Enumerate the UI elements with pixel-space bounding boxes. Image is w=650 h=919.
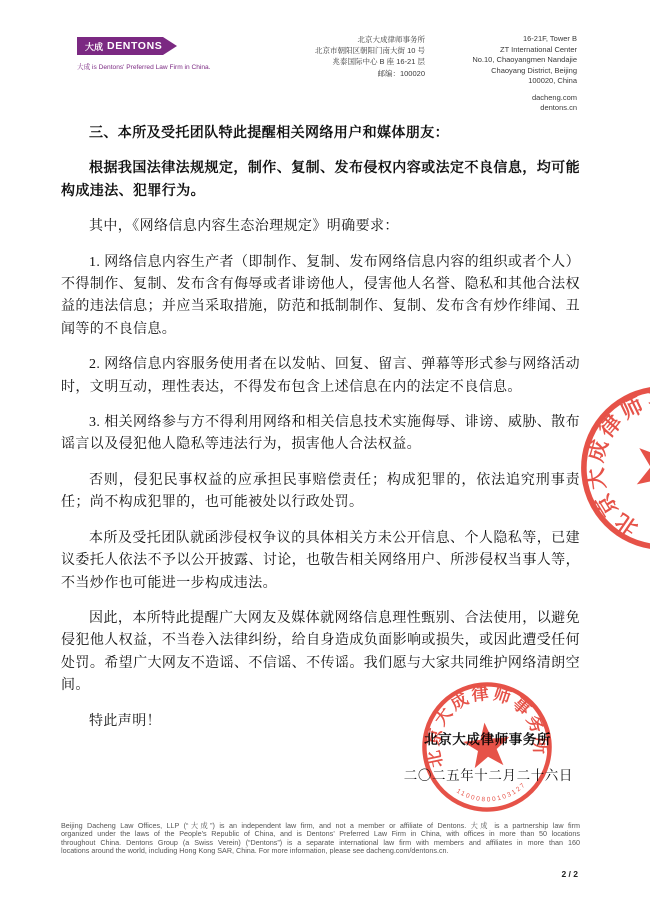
seal-star-icon bbox=[620, 426, 650, 507]
document-page: 大成 DENTONS 大成 is Dentons' Preferred Law … bbox=[0, 0, 650, 919]
logo-cn-text: 大成 bbox=[85, 40, 103, 53]
brand-tagline: 大成 is Dentons' Preferred Law Firm in Chi… bbox=[77, 61, 277, 71]
svg-text:11000800103127: 11000800103127 bbox=[454, 780, 529, 807]
paragraph: 其中，《网络信息内容生态治理规定》明确要求： bbox=[61, 216, 580, 238]
paragraph: 否则，侵犯民事权益的应承担民事赔偿责任；构成犯罪的，依法追究刑事责任；尚不构成犯… bbox=[61, 470, 580, 515]
seal-code-text: 11000800103127 bbox=[454, 780, 529, 807]
dentons-logo-box: 大成 DENTONS bbox=[77, 37, 177, 55]
numbered-item: 3. 相关网络参与方不得利用网络和相关信息技术实施侮辱、诽谤、威胁、散布谣言以及… bbox=[61, 412, 580, 457]
footer-line: locations around the world, including Ho… bbox=[61, 847, 580, 855]
signature-date: 二〇二五年十二月二十六日 bbox=[404, 764, 573, 784]
website-line: dentons.cn bbox=[532, 103, 577, 113]
address-line: 100020, China bbox=[472, 76, 577, 87]
address-line: 16-21F, Tower B bbox=[472, 34, 577, 45]
address-line: 北京市朝阳区朝阳门南大街 10 号 bbox=[315, 45, 425, 56]
paragraph: 根据我国法律法规规定，制作、复制、发布侵权内容或法定不良信息，均可能构成违法、犯… bbox=[61, 158, 580, 203]
section-heading: 三、本所及受托团队特此提醒相关网络用户和媒体朋友： bbox=[61, 123, 580, 145]
address-line: 北京大成律师事务所 bbox=[315, 34, 425, 45]
address-line: No.10, Chaoyangmen Nandajie bbox=[472, 55, 577, 66]
statement-body: 三、本所及受托团队特此提醒相关网络用户和媒体朋友： 根据我国法律法规规定，制作、… bbox=[61, 123, 580, 746]
signature-block: 北京大成律师事务所 二〇二五年十二月二十六日 bbox=[404, 728, 573, 784]
numbered-item: 2. 网络信息内容服务使用者在以发帖、回复、留言、弹幕等形式参与网络活动时，文明… bbox=[61, 354, 580, 399]
address-line: ZT International Center bbox=[472, 45, 577, 56]
address-chinese: 北京大成律师事务所 北京市朝阳区朝阳门南大街 10 号 兆泰国际中心 B 座 1… bbox=[315, 34, 425, 79]
paragraph: 因此，本所特此提醒广大网友及媒体就网络信息理性甄别、合法使用，以避免侵犯他人权益… bbox=[61, 608, 580, 698]
numbered-item: 1. 网络信息内容生产者（即制作、复制、发布网络信息内容的组织或者个人）不得制作… bbox=[61, 252, 580, 342]
website-line: dacheng.com bbox=[532, 93, 577, 103]
logo-en-text: DENTONS bbox=[107, 40, 162, 52]
page-number: 2 / 2 bbox=[561, 869, 578, 879]
address-line: 兆泰国际中心 B 座 16-21 层 bbox=[315, 56, 425, 67]
paragraph: 本所及受托团队就函涉侵权争议的具体相关方未公开信息、个人隐私等，已建议委托人依法… bbox=[61, 528, 580, 595]
address-line: Chaoyang District, Beijing bbox=[472, 66, 577, 77]
footer-disclaimer: Beijing Dacheng Law Offices, LLP (“大成”) … bbox=[61, 822, 580, 855]
firm-websites: dacheng.com dentons.cn bbox=[532, 93, 577, 113]
address-line: 邮编：100020 bbox=[315, 68, 425, 79]
address-english: 16-21F, Tower B ZT International Center … bbox=[472, 34, 577, 87]
dentons-logo: 大成 DENTONS 大成 is Dentons' Preferred Law … bbox=[77, 37, 177, 55]
signature-firm-name: 北京大成律师事务所 bbox=[404, 728, 551, 748]
